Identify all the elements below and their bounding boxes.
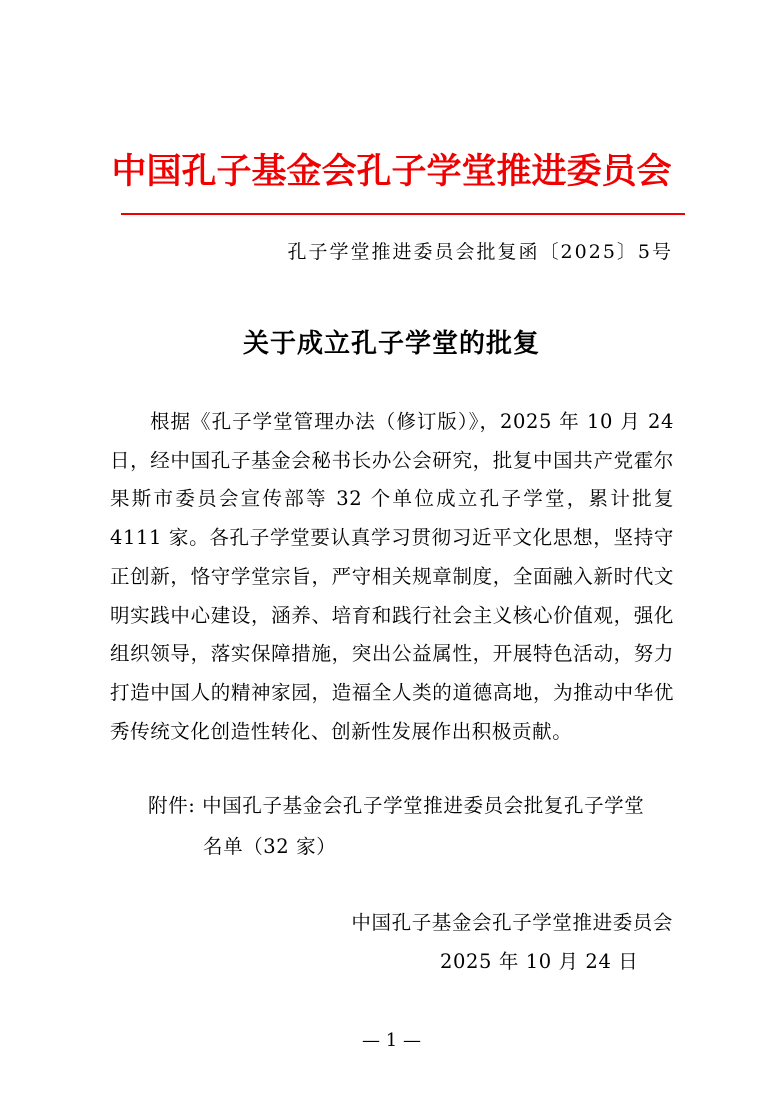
issuing-organization-header: 中国孔子基金会孔子学堂推进委员会 <box>0 144 783 194</box>
signature-date: 2025 年 10 月 24 日 <box>440 946 638 974</box>
signature-organization: 中国孔子基金会孔子学堂推进委员会 <box>351 907 673 935</box>
document-body-paragraph: 根据《孔子学堂管理办法（修订版）》，2025 年 10 月 24 日，经中国孔子… <box>110 403 674 751</box>
red-divider-line <box>121 213 685 215</box>
document-number: 孔子学堂推进委员会批复函〔2025〕5号 <box>288 237 673 264</box>
attachment-line-continued: 名单（32 家） <box>203 831 336 859</box>
document-title: 关于成立孔子学堂的批复 <box>0 323 783 360</box>
page-number: — 1 — <box>0 1030 783 1051</box>
attachment-line: 附件: 中国孔子基金会孔子学堂推进委员会批复孔子学堂 <box>148 790 644 818</box>
